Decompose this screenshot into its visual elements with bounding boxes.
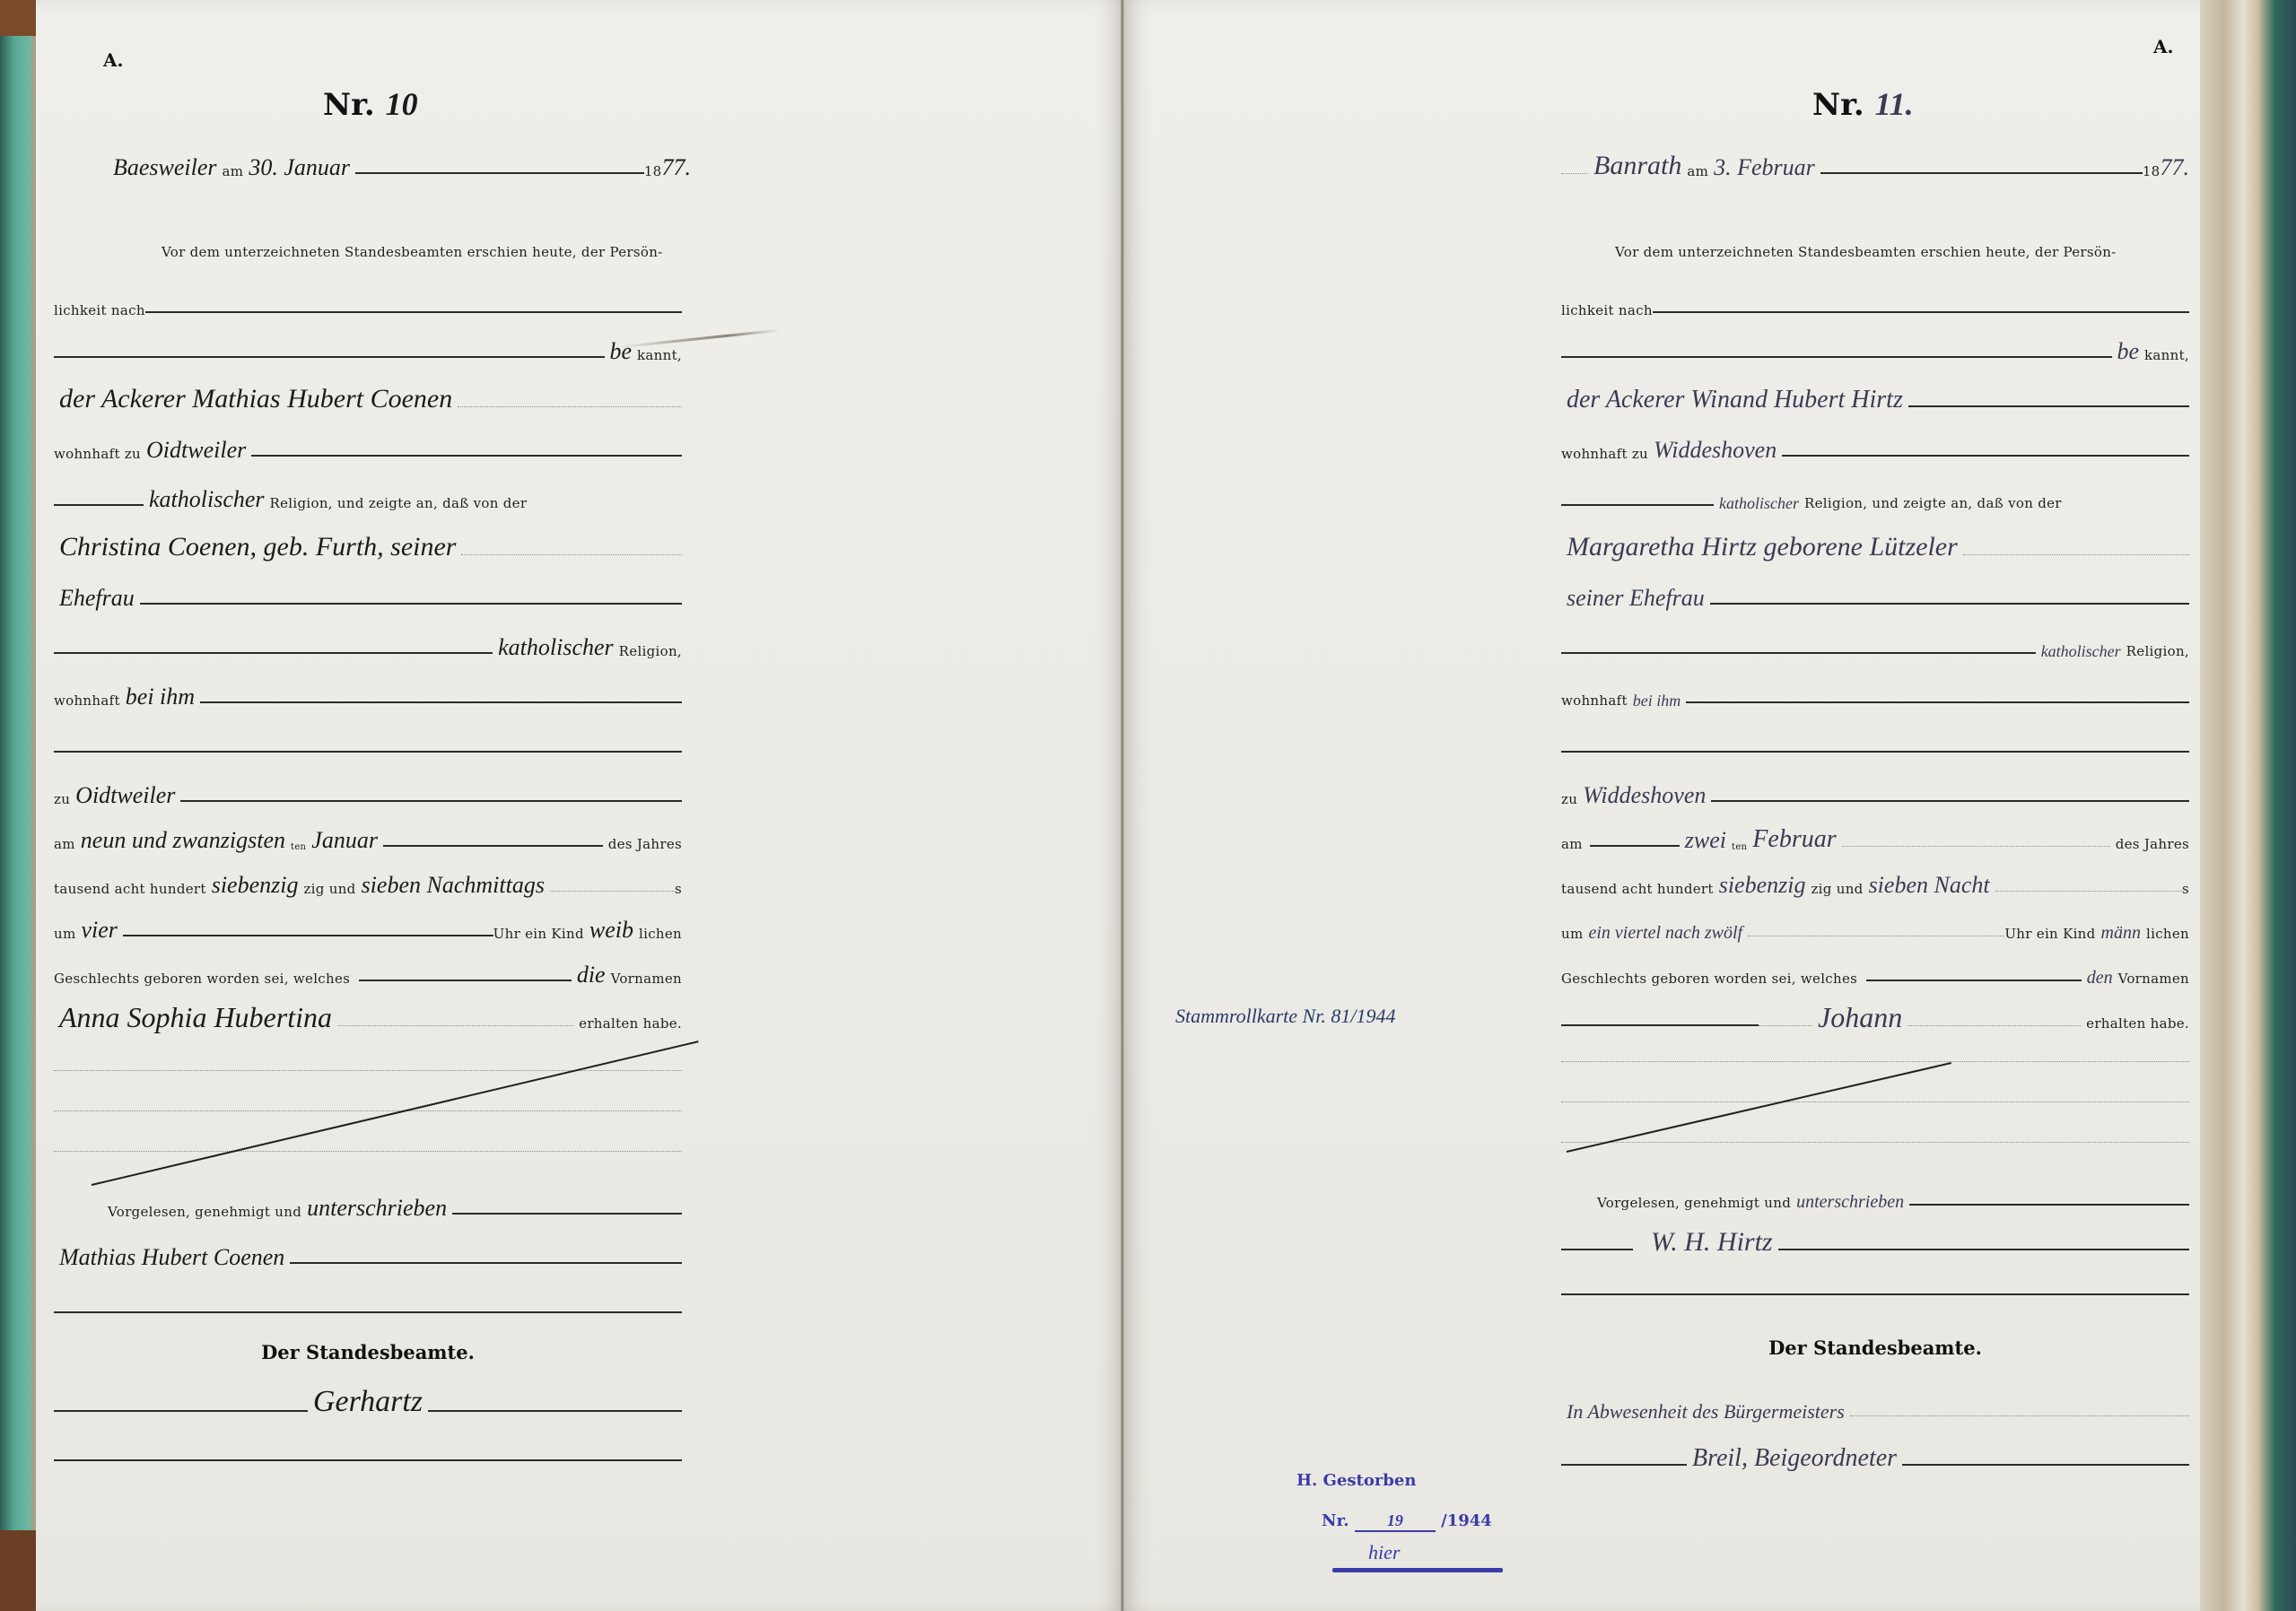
dotted-line [54, 1151, 682, 1152]
mother-religion-line: katholischer Religion, [54, 623, 682, 659]
bekannt-label: kannt, [2144, 347, 2189, 363]
stamp-place: hier [1368, 1541, 1400, 1564]
intro-text: Vor dem unterzeichneten Standesbeamten e… [1561, 244, 2117, 260]
binding-corner-top [0, 0, 36, 36]
fill-line [140, 603, 682, 605]
day-suffix: ten [291, 842, 306, 852]
tausend-label: tausend acht hundert [54, 881, 206, 897]
standesbeamte-title: Der Standesbeamte. [1561, 1337, 2189, 1359]
vorgelesen-label: Vorgelesen, genehmigt und [1561, 1195, 1791, 1211]
fill-line [1561, 1464, 1687, 1466]
birth-day: zwei [1680, 829, 1732, 852]
dotted-line [1561, 1102, 2189, 1102]
remarks-line-3 [54, 1121, 682, 1157]
official-line-1: In Abwesenheit des Bürgermeisters [1561, 1386, 2189, 1422]
zu-line: zu Oidtweiler [54, 771, 682, 807]
dotted-line [337, 1025, 573, 1026]
zu-place: Oidtweiler [70, 784, 180, 807]
declarant-line: der Ackerer Mathias Hubert Coenen [54, 377, 682, 413]
dotted-line [1842, 846, 2110, 847]
remarks-line-2 [1561, 1072, 2189, 1108]
fill-line [54, 1311, 682, 1313]
year-suffix: 77. [2161, 156, 2190, 179]
fill-line [1561, 504, 1714, 506]
record-number: Nr. 10 [323, 85, 418, 123]
fill-line [383, 845, 603, 847]
child-sex: männ [2096, 924, 2146, 942]
dotted-line [458, 406, 682, 407]
book-binding-left [0, 0, 36, 1611]
nr-value: 10 [386, 86, 418, 122]
official-signature: Breil, Beigeordneter [1687, 1446, 1902, 1471]
declarant-line: der Ackerer Winand Hubert Hirtz [1561, 377, 2189, 413]
religion-label: Religion, und zeigte an, daß von der [270, 495, 528, 511]
fill-line [54, 751, 682, 753]
fill-line [1561, 751, 2189, 753]
intro-line: Vor dem unterzeichneten Standesbeamten e… [108, 224, 691, 260]
dotted-line [1963, 554, 2189, 555]
dotted-line [1561, 1061, 2189, 1062]
birth-date-line: am neun und zwanzigsten ten Januar des J… [54, 816, 682, 852]
fill-line [1561, 652, 2036, 654]
lichkeit-line: lichkeit nach [54, 283, 682, 318]
fill-line [1653, 311, 2189, 313]
child-name-line: Johann erhalten habe. [1561, 996, 2189, 1032]
bekannt-line: be kannt, [54, 327, 682, 363]
fill-line [1902, 1464, 2189, 1466]
lichkeit-line: lichkeit nach [1561, 283, 2189, 318]
mother-religion-label: Religion, [2126, 643, 2189, 659]
fill-line [1710, 603, 2189, 605]
fill-line [123, 935, 493, 936]
lichkeit-label: lichkeit nach [54, 302, 145, 318]
zig-und-label: zig und [303, 881, 355, 897]
wohnhaft-zu-label: wohnhaft zu [54, 446, 141, 462]
fill-line [1782, 455, 2189, 457]
residence-line: wohnhaft zu Widdeshoven [1561, 426, 2189, 462]
blank-signature-line [1561, 1265, 2189, 1301]
unterschrieben-hand: unterschrieben [301, 1197, 452, 1220]
child-name-line: Anna Sophia Hubertina erhalten habe. [54, 996, 682, 1032]
intro-line: Vor dem unterzeichneten Standesbeamten e… [1561, 224, 2189, 260]
mother-religion-hand: katholischer [493, 636, 619, 659]
am-label: am [1561, 836, 1583, 852]
mother-religion-label: Religion, [619, 643, 682, 659]
des-jahres-label: des Jahres [603, 836, 682, 852]
stammrollkarte-note: Stammrollkarte Nr. 81/1944 [1175, 1005, 1395, 1028]
vorgelesen-line: Vorgelesen, genehmigt und unterschrieben [54, 1184, 682, 1220]
dotted-line [54, 1110, 682, 1111]
zig-und-label: zig und [1811, 881, 1863, 897]
fill-line [1908, 405, 2189, 407]
record-number: Nr. 11. [1812, 85, 1914, 123]
erhalten-habe-label: erhalten habe. [2081, 1015, 2189, 1032]
year-word-2: sieben Nacht [1864, 874, 1995, 897]
fill-line [180, 800, 682, 802]
birth-time: ein viertel nach zwölf [1583, 924, 1748, 942]
fill-line [54, 1459, 682, 1461]
tausend-label: tausend acht hundert [1561, 881, 1714, 897]
blank-line [54, 722, 682, 758]
am-label: am [1687, 163, 1708, 179]
religion-line: katholischer Religion, und zeigte an, da… [54, 475, 682, 511]
year-word: siebenzig [1714, 874, 1811, 897]
stamp-year: /1944 [1441, 1511, 1492, 1530]
declarant-signature-line: Mathias Hubert Coenen [54, 1233, 682, 1269]
wohnhaft-label: wohnhaft [1561, 692, 1628, 709]
remarks-line-1 [54, 1041, 682, 1076]
fill-line [145, 311, 682, 313]
page-edges-right [2200, 0, 2296, 1611]
residence: Widdeshoven [1648, 439, 1782, 462]
dotted-line [461, 554, 682, 555]
mother-line-1: Margaretha Hirtz geborene Lützeler [1561, 525, 2189, 561]
vornamen-hand: den [2082, 969, 2118, 987]
vornamen-label: Vornamen [2118, 971, 2189, 987]
mother-residence-line: wohnhaft bei ihm [54, 673, 682, 709]
religion-line: katholischer Religion, und zeigte an, da… [1561, 475, 2189, 511]
year-prefix: 18 [2143, 163, 2161, 179]
stamp-underline [1332, 1568, 1503, 1572]
religion-hand: katholischer [1714, 495, 1804, 511]
unterschrieben-hand: unterschrieben [1791, 1193, 1909, 1211]
religion-label: Religion, und zeigte an, daß von der [1804, 495, 2062, 511]
geschlechts-line: Geschlechts geboren worden sei, welches … [54, 951, 682, 987]
vorgelesen-line: Vorgelesen, genehmigt und unterschrieben [1561, 1175, 2189, 1211]
remarks-line-2 [54, 1081, 682, 1117]
birth-year-line: tausend acht hundert siebenzig zig und s… [1561, 861, 2189, 897]
birth-time-line: um vier Uhr ein Kind weib lichen [54, 906, 682, 942]
form-marker: A. [103, 49, 123, 71]
bekannt-label: kannt, [637, 347, 682, 363]
stamp-title: H. Gestorben [1296, 1471, 1416, 1490]
fill-line [1866, 980, 2082, 981]
remarks-line-1 [1561, 1032, 2189, 1067]
declarant-signature-line: W. H. Hirtz [1561, 1220, 2189, 1256]
residence-line: wohnhaft zu Oidtweiler [54, 426, 682, 462]
des-jahres-label: des Jahres [2110, 836, 2189, 852]
official-signature-line: Gerhartz [54, 1381, 682, 1417]
fill-line [428, 1410, 682, 1412]
birth-year-line: tausend acht hundert siebenzig zig und s… [54, 861, 682, 897]
birth-month: Januar [306, 829, 383, 852]
dotted-line [1995, 891, 2182, 892]
declarant-name: der Ackerer Winand Hubert Hirtz [1561, 388, 1908, 413]
child-name: Johann [1812, 1003, 1908, 1032]
bekannt-hand: be [605, 340, 638, 363]
mother-residence: bei ihm [120, 685, 200, 709]
binding-corner-bottom [0, 1530, 36, 1611]
child-name: Anna Sophia Hubertina [54, 1003, 337, 1032]
geschlechts-label: Geschlechts geboren worden sei, welches [1561, 971, 1857, 987]
am-label: am [223, 163, 244, 179]
fill-line [1561, 1293, 2189, 1295]
fill-line [452, 1213, 682, 1215]
fill-line [1711, 800, 2189, 802]
child-sex: weib [584, 919, 639, 942]
bekannt-hand: be [2112, 340, 2145, 363]
am-label: am [54, 836, 75, 852]
birth-date-line: am zwei ten Februar des Jahres [1561, 816, 2189, 852]
um-label: um [54, 926, 75, 942]
fill-line [54, 652, 493, 654]
year-suffix: 77. [662, 156, 692, 179]
fill-line [54, 1410, 308, 1412]
blank-line [1561, 722, 2189, 758]
um-label: um [1561, 926, 1583, 942]
intro-text: Vor dem unterzeichneten Standesbeamten e… [108, 244, 663, 260]
mother-line-2: Ehefrau [54, 574, 682, 610]
uhr-kind-label: Uhr ein Kind [493, 926, 584, 942]
dotted-line [54, 1070, 682, 1071]
dotted-line [1759, 1025, 1812, 1026]
declarant-signature: Mathias Hubert Coenen [54, 1246, 290, 1269]
dotted-line [550, 891, 675, 892]
erhalten-habe-label: erhalten habe. [573, 1015, 682, 1032]
bottom-line [54, 1431, 682, 1467]
year-prefix: 18 [644, 163, 662, 179]
sex-suffix: lichen [639, 926, 682, 942]
book-gutter [1121, 0, 1124, 1611]
fill-line [1561, 1249, 1633, 1250]
stamp-nr-value: 19 [1355, 1511, 1436, 1532]
fill-line [1590, 845, 1680, 847]
fill-line [355, 172, 644, 174]
standesbeamte-title: Der Standesbeamte. [54, 1341, 682, 1363]
place-date-line: Banrath am 3. Februar 18 77. [1561, 144, 2189, 179]
mother-name: Margaretha Hirtz geborene Lützeler [1561, 534, 1963, 561]
date: 30. Januar [243, 156, 355, 179]
uhr-kind-label: Uhr ein Kind [2004, 926, 2095, 942]
mother-residence-line: wohnhaft bei ihm [1561, 673, 2189, 709]
dotted-line [1908, 1025, 2081, 1026]
zu-label: zu [54, 791, 70, 807]
geschlechts-line: Geschlechts geboren worden sei, welches … [1561, 951, 2189, 987]
fill-line [1561, 356, 2112, 358]
year-word: siebenzig [206, 874, 304, 897]
bekannt-line: be kannt, [1561, 327, 2189, 363]
geschlechts-label: Geschlechts geboren worden sei, welches [54, 971, 350, 987]
fill-line [359, 980, 572, 981]
fill-line [1686, 701, 2189, 703]
zu-place: Widdeshoven [1577, 784, 1711, 807]
s-suffix: s [675, 881, 682, 897]
nr-label: Nr. [1812, 87, 1864, 123]
stamp-number: Nr. 19 /1944 [1322, 1511, 1492, 1532]
fill-line [1778, 1249, 2189, 1250]
declarant-name: der Ackerer Mathias Hubert Coenen [54, 386, 458, 413]
dotted-line [1561, 173, 1588, 174]
zu-line: zu Widdeshoven [1561, 771, 2189, 807]
vornamen-hand: die [572, 963, 611, 987]
fill-line [54, 504, 144, 506]
birth-time: vier [75, 919, 122, 942]
fill-line [1820, 172, 2143, 174]
place: Banrath [1588, 152, 1687, 179]
fill-line [1909, 1204, 2189, 1206]
declarant-signature: W. H. Hirtz [1633, 1229, 1778, 1256]
stamp-nr-label: Nr. [1322, 1511, 1349, 1530]
birth-time-line: um ein viertel nach zwölf Uhr ein Kind m… [1561, 906, 2189, 942]
mother-relation: seiner Ehefrau [1561, 587, 1710, 610]
place: Baesweiler [108, 156, 223, 179]
mother-relation: Ehefrau [54, 587, 140, 610]
place-date-line: Baesweiler am 30. Januar 18 77. [108, 144, 691, 179]
mother-name: Christina Coenen, geb. Furth, seiner [54, 534, 461, 561]
dotted-line [1561, 1142, 2189, 1143]
official-signature: Gerhartz [308, 1387, 428, 1417]
official-signature-line: Breil, Beigeordneter [1561, 1435, 2189, 1471]
fill-line [251, 455, 682, 457]
fill-line [54, 356, 605, 358]
dotted-line [1850, 1415, 2189, 1416]
mother-religion-hand: katholischer [2036, 643, 2126, 659]
zu-label: zu [1561, 791, 1577, 807]
fill-line [200, 701, 682, 703]
mother-religion-line: katholischer Religion, [1561, 623, 2189, 659]
date: 3. Februar [1708, 156, 1820, 179]
official-note: In Abwesenheit des Bürgermeisters [1561, 1402, 1850, 1422]
year-word-2: sieben Nachmittags [356, 874, 550, 897]
vornamen-label: Vornamen [611, 971, 682, 987]
nr-value: 11. [1875, 86, 1914, 122]
mother-line-1: Christina Coenen, geb. Furth, seiner [54, 525, 682, 561]
blank-signature-line [54, 1283, 682, 1319]
mother-line-2: seiner Ehefrau [1561, 574, 2189, 610]
fill-line [290, 1262, 682, 1264]
wohnhaft-label: wohnhaft [54, 692, 120, 709]
form-marker: A. [2153, 36, 2173, 57]
sex-suffix: lichen [2146, 926, 2189, 942]
day-suffix: ten [1732, 842, 1747, 852]
birth-month: Februar [1747, 827, 1841, 852]
death-stamp: H. Gestorben Nr. 19 /1944 hier [1296, 1471, 1416, 1490]
fill-line [1561, 1024, 1759, 1026]
mother-residence: bei ihm [1628, 692, 1687, 709]
vorgelesen-label: Vorgelesen, genehmigt und [54, 1204, 301, 1220]
dotted-line [1748, 936, 2004, 936]
residence: Oidtweiler [141, 439, 251, 462]
religion-hand: katholischer [144, 488, 270, 511]
s-suffix: s [2182, 881, 2189, 897]
nr-label: Nr. [323, 87, 375, 123]
wohnhaft-zu-label: wohnhaft zu [1561, 446, 1648, 462]
lichkeit-label: lichkeit nach [1561, 302, 1653, 318]
birth-day: neun und zwanzigsten [75, 829, 291, 852]
